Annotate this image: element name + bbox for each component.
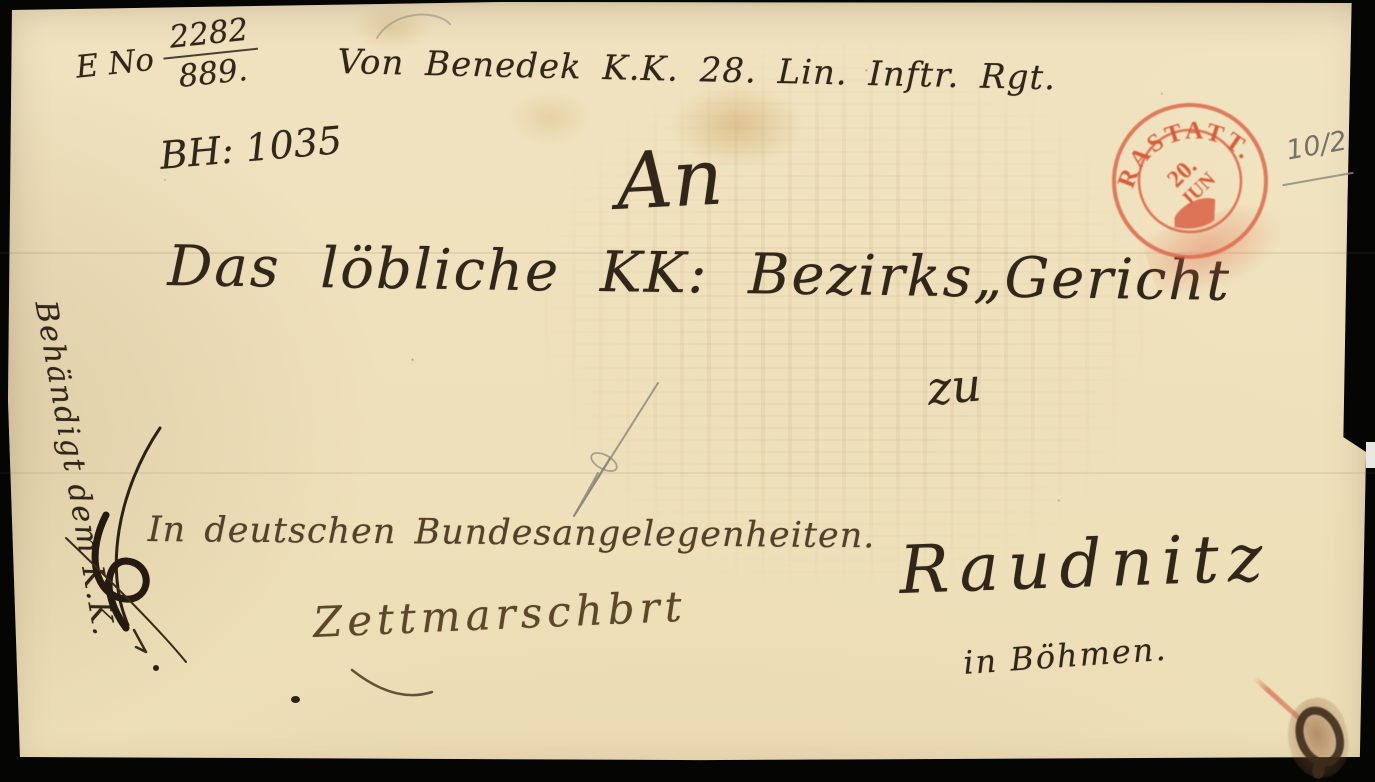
ink-tail-stroke [340, 658, 440, 708]
pencil-loop-mark [372, 6, 457, 48]
registry-prefix: E No [74, 42, 156, 86]
address-salutation: An [614, 132, 725, 227]
address-preposition: zu [925, 357, 983, 415]
backdrop-sliver [1366, 442, 1375, 468]
service-note: In deutschen Bundesangelegenheiten. [148, 510, 876, 556]
pencil-arrow-mark [558, 378, 683, 528]
photo-of-letter: E No 2282 889. Von Benedek K.K. 28. Lin.… [0, 0, 1375, 782]
paraph-flourish [48, 420, 208, 675]
seal-stub [1311, 760, 1325, 779]
address-city: Raudnitz [898, 519, 1273, 609]
ink-blot [291, 696, 300, 703]
registry-fraction: 2282 889. [160, 11, 262, 97]
